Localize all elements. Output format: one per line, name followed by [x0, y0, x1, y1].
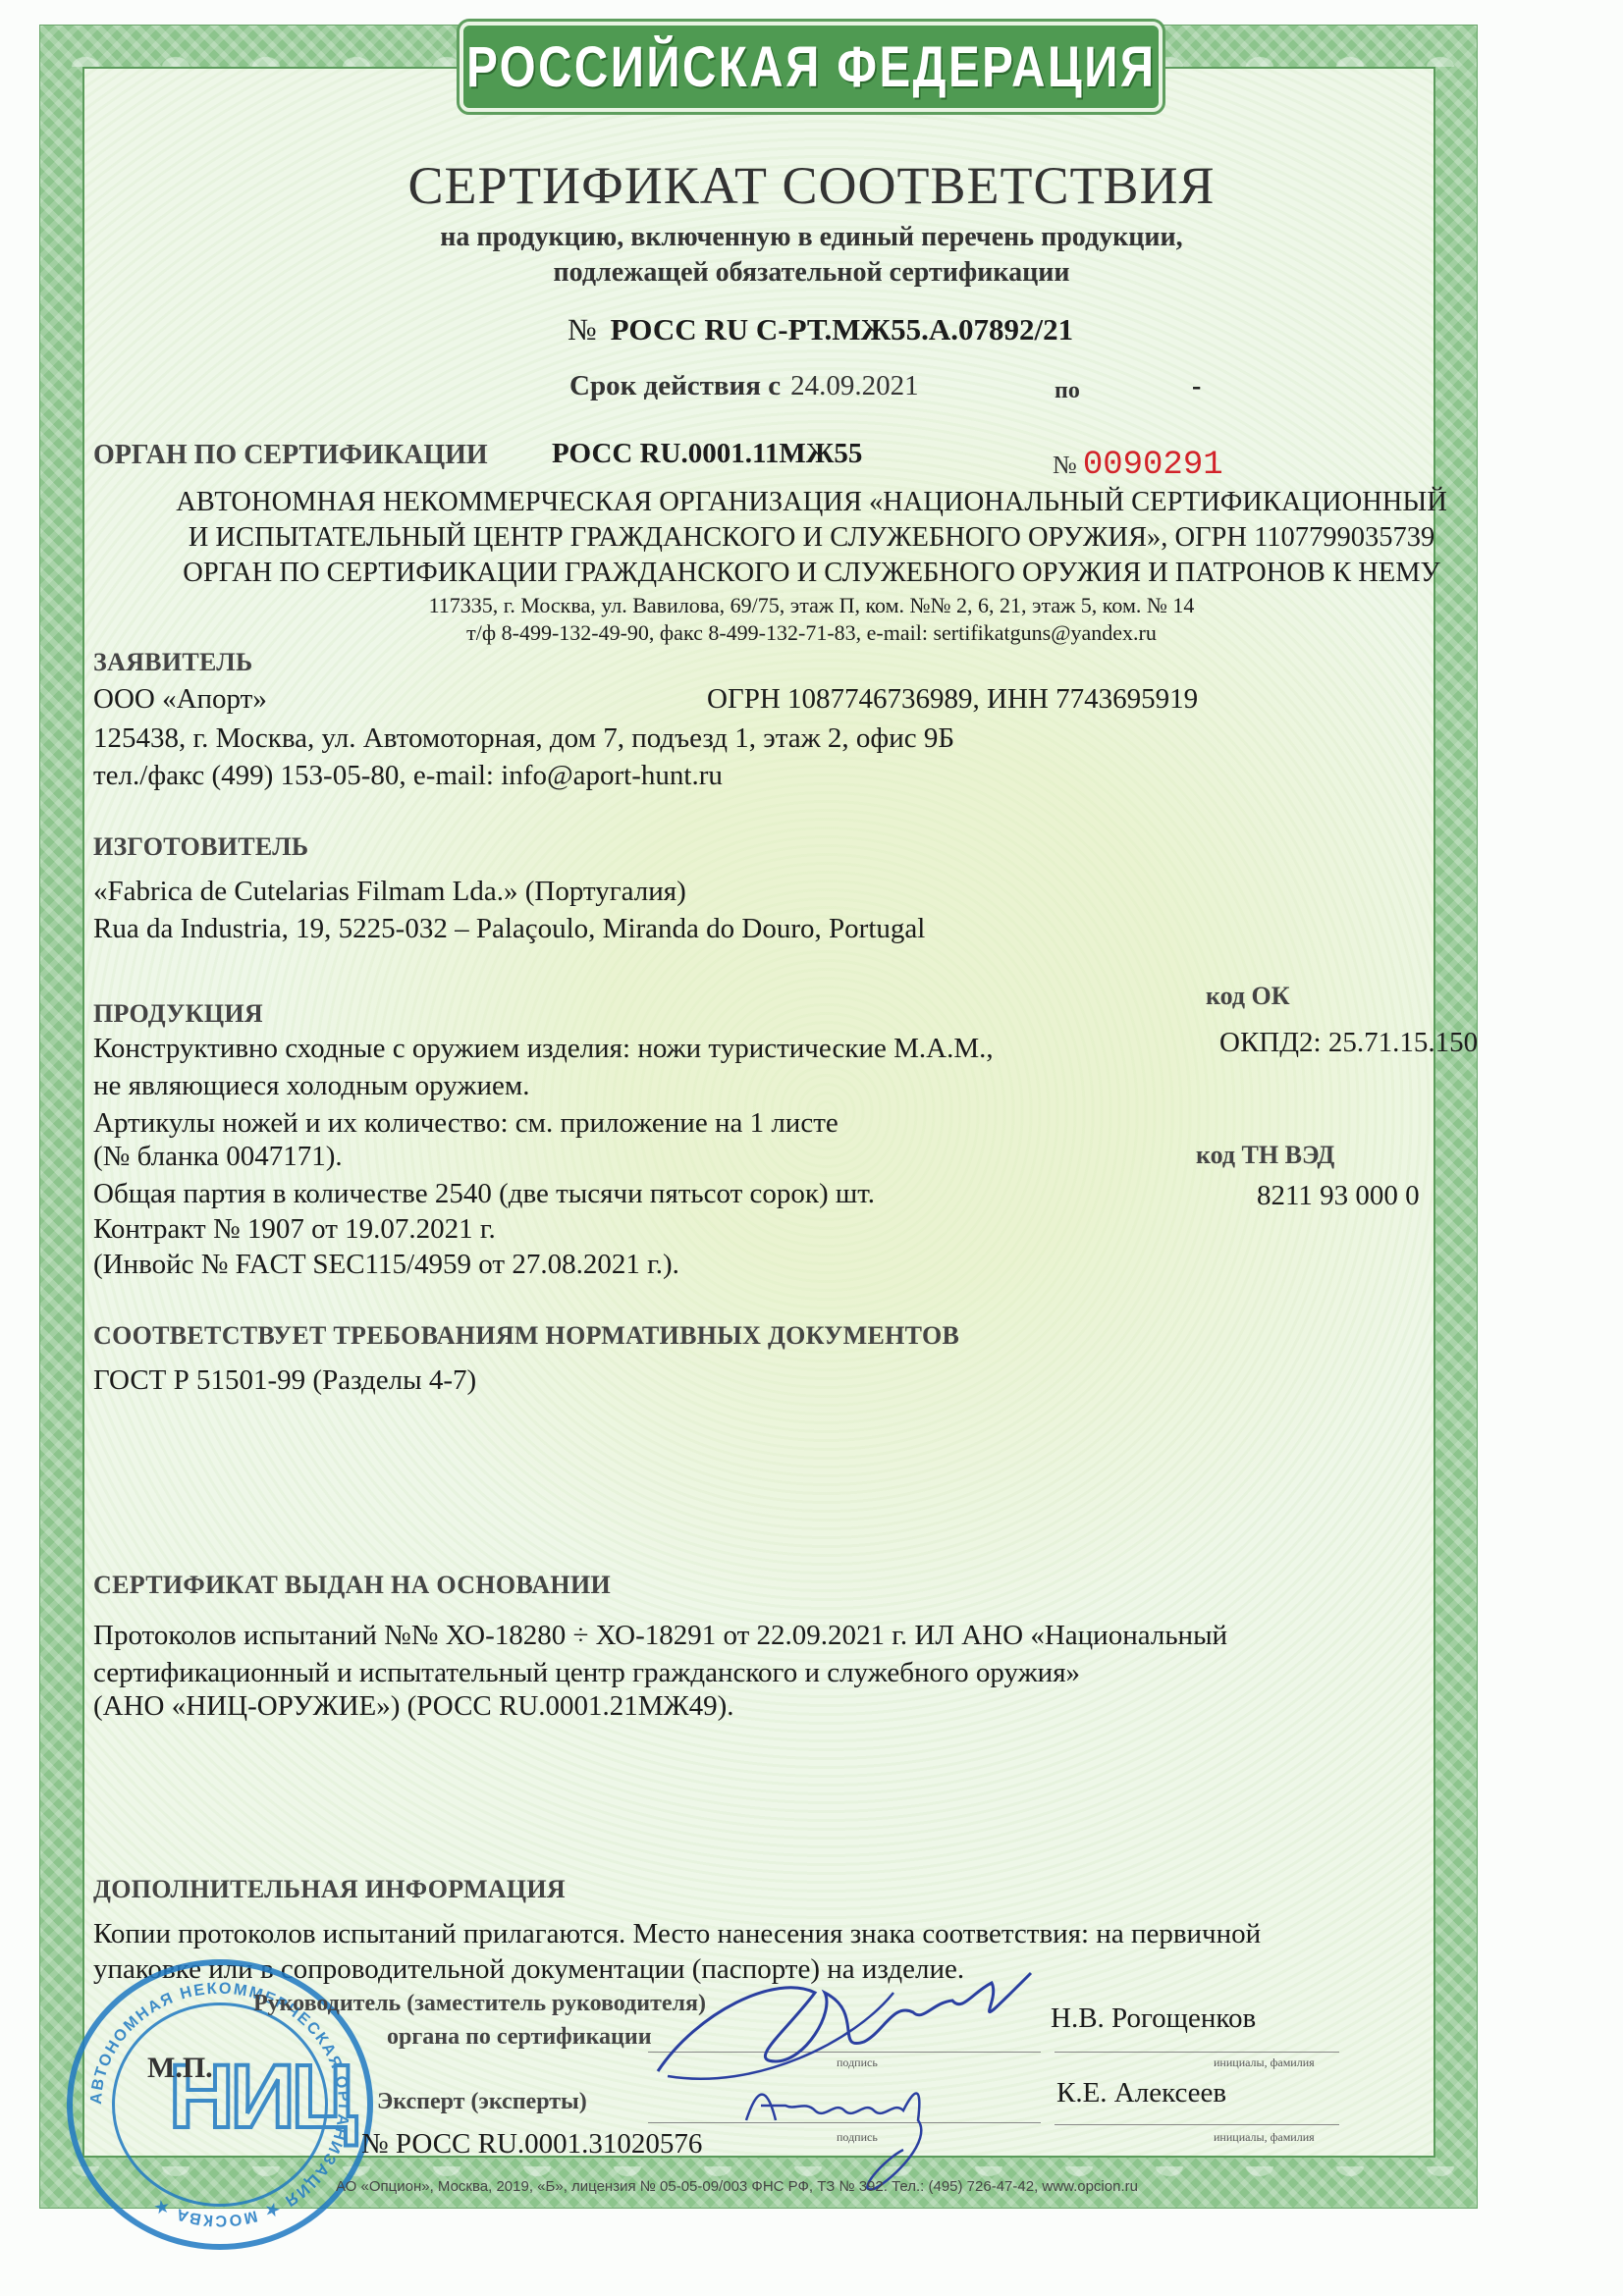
tnved-code-label: код ТН ВЭД: [1196, 1141, 1334, 1170]
expert-registration: № РОСС RU.0001.31020576: [361, 2128, 702, 2161]
blank-number-sign: №: [1053, 451, 1077, 479]
head-name-line: [1055, 2052, 1339, 2053]
seal-placeholder-label: М.П.: [147, 2052, 213, 2085]
product-line-3: Артикулы ножей и их количество: см. прил…: [93, 1107, 839, 1140]
banner-text: РОССИЙСКАЯ ФЕДЕРАЦИЯ: [466, 34, 1156, 100]
head-name: Н.В. Рогощенков: [1051, 2002, 1256, 2035]
product-line-6: Контракт № 1907 от 19.07.2021 г.: [93, 1213, 496, 1246]
product-line-7: (Инвойс № FACT SEC115/4959 от 27.08.2021…: [93, 1249, 679, 1281]
compliance-standard: ГОСТ Р 51501-99 (Разделы 4-7): [93, 1364, 476, 1397]
ok-code-value: ОКПД2: 25.71.15.150: [1219, 1027, 1478, 1059]
valid-to: -: [1192, 371, 1201, 402]
head-name-caption: инициалы, фамилия: [1214, 2056, 1315, 2070]
expert-name-line: [1055, 2124, 1339, 2125]
product-line-5: Общая партия в количестве 2540 (две тыся…: [93, 1178, 875, 1210]
head-label-line-2: органа по сертификации: [387, 2024, 652, 2051]
printer-imprint: АО «Опцион», Москва, 2019, «Б», лицензия…: [336, 2178, 1138, 2195]
country-banner: РОССИЙСКАЯ ФЕДЕРАЦИЯ: [460, 22, 1163, 112]
document-title: СЕРТИФИКАТ СООТВЕТСТВИЯ: [0, 155, 1623, 216]
certification-body-contacts: т/ф 8-499-132-49-90, факс 8-499-132-71-8…: [0, 620, 1623, 646]
validity-label: Срок действия с: [569, 370, 781, 401]
additional-info-heading: ДОПОЛНИТЕЛЬНАЯ ИНФОРМАЦИЯ: [93, 1875, 566, 1904]
validity-period: Срок действия с24.09.2021: [569, 370, 919, 402]
applicant-registration: ОГРН 1087746736989, ИНН 7743695919: [707, 683, 1198, 716]
certification-body-code: РОСС RU.0001.11МЖ55: [552, 438, 862, 470]
document-subtitle-line-2: подлежащей обязательной сертификации: [0, 257, 1623, 289]
certificate-number: №РОСС RU С-РТ.МЖ55.А.07892/21: [568, 312, 1073, 347]
applicant-address: 125438, г. Москва, ул. Автомоторная, дом…: [93, 722, 954, 755]
ok-code-label: код ОК: [1206, 982, 1290, 1011]
valid-from: 24.09.2021: [790, 370, 919, 401]
document-subtitle-line-1: на продукцию, включенную в единый перече…: [0, 222, 1623, 253]
applicant-name: ООО «Апорт»: [93, 683, 267, 716]
applicant-contacts: тел./факс (499) 153-05-80, e-mail: info@…: [93, 760, 723, 792]
applicant-heading: ЗАЯВИТЕЛЬ: [93, 648, 252, 677]
expert-name: К.Е. Алексеев: [1056, 2077, 1226, 2109]
tnved-code-value: 8211 93 000 0: [1257, 1180, 1420, 1212]
certification-body-line-3: ОРГАН ПО СЕРТИФИКАЦИИ ГРАЖДАНСКОГО И СЛУ…: [0, 558, 1623, 589]
basis-line-1: Протоколов испытаний №№ ХО-18280 ÷ ХО-18…: [93, 1620, 1227, 1652]
basis-heading: СЕРТИФИКАТ ВЫДАН НА ОСНОВАНИИ: [93, 1571, 611, 1600]
certification-body-line-2: И ИСПЫТАТЕЛЬНЫЙ ЦЕНТР ГРАЖДАНСКОГО И СЛУ…: [0, 522, 1623, 554]
manufacturer-address: Rua da Industria, 19, 5225-032 – Palaçou…: [93, 913, 925, 945]
blank-number: №0090291: [1053, 447, 1223, 484]
basis-line-2: сертификационный и испытательный центр г…: [93, 1657, 1080, 1689]
additional-info-line-1: Копии протоколов испытаний прилагаются. …: [93, 1918, 1261, 1950]
manufacturer-heading: ИЗГОТОВИТЕЛЬ: [93, 832, 308, 862]
manufacturer-name: «Fabrica de Cutelarias Filmam Lda.» (Пор…: [93, 876, 686, 908]
product-line-2: не являющиеся холодным оружием.: [93, 1070, 529, 1102]
certification-body-line-1: АВТОНОМНАЯ НЕКОММЕРЧЕСКАЯ ОРГАНИЗАЦИЯ «Н…: [0, 487, 1623, 518]
expert-name-caption: инициалы, фамилия: [1214, 2130, 1315, 2145]
certification-body-heading: ОРГАН ПО СЕРТИФИКАЦИИ: [93, 440, 488, 471]
expert-label: Эксперт (эксперты): [377, 2089, 587, 2115]
blank-number-value: 0090291: [1083, 447, 1223, 484]
product-line-4: (№ бланка 0047171).: [93, 1141, 343, 1173]
valid-to-label: по: [1055, 378, 1080, 404]
product-heading: ПРОДУКЦИЯ: [93, 999, 263, 1029]
certification-body-address: 117335, г. Москва, ул. Вавилова, 69/75, …: [0, 593, 1623, 618]
basis-line-3: (АНО «НИЦ-ОРУЖИЕ») (РОСС RU.0001.21МЖ49)…: [93, 1690, 734, 1723]
product-line-1: Конструктивно сходные с оружием изделия:…: [93, 1033, 994, 1065]
certificate-number-value: РОСС RU С-РТ.МЖ55.А.07892/21: [611, 312, 1074, 347]
number-sign: №: [568, 312, 597, 347]
compliance-heading: СООТВЕТСТВУЕТ ТРЕБОВАНИЯМ НОРМАТИВНЫХ ДО…: [93, 1321, 959, 1351]
